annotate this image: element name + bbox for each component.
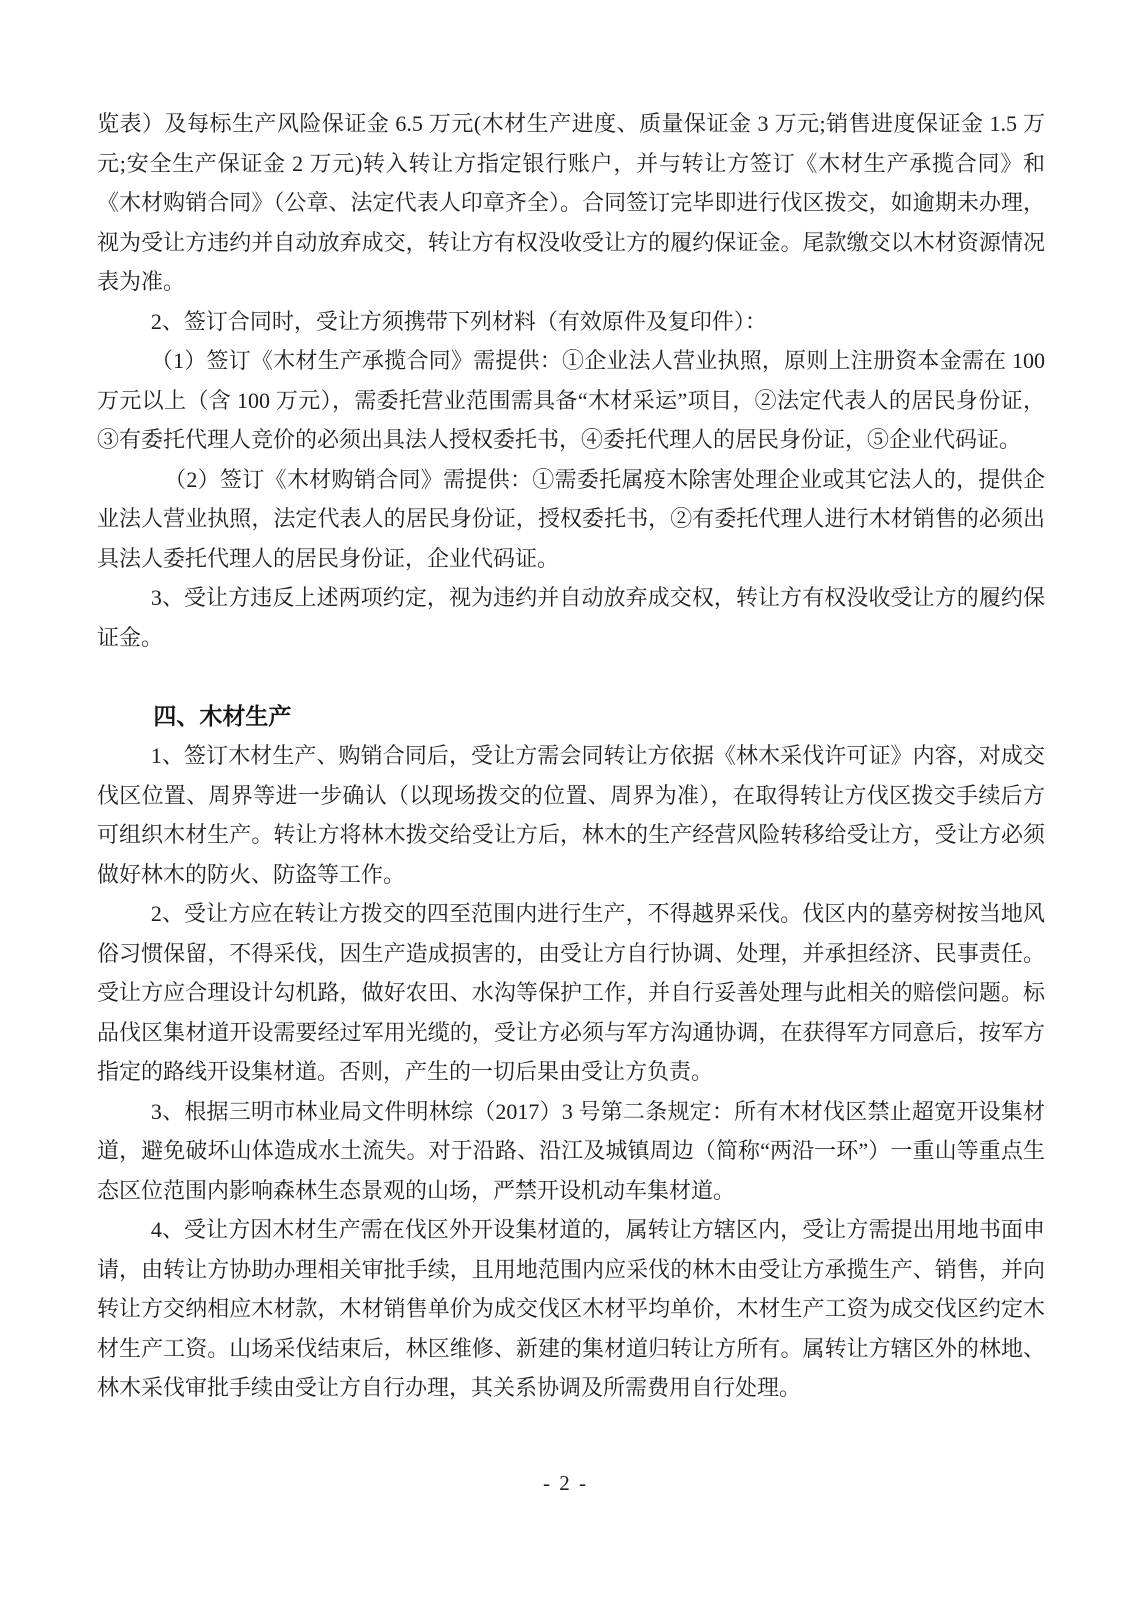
body-paragraph-subitem-2: （2）签订《木材购销合同》需提供：①需委托属疫木除害处理企业或其它法人的，提供企… (97, 460, 1045, 579)
section-paragraph-4: 4、受让方因木材生产需在伐区外开设集材道的，属转让方辖区内，受让方需提出用地书面… (97, 1210, 1045, 1408)
section-paragraph-1: 1、签订木材生产、购销合同后，受让方需会同转让方依据《林木采伐许可证》内容，对成… (97, 736, 1045, 894)
body-paragraph-item-3: 3、受让方违反上述两项约定，视为违约并自动放弃成交权，转让方有权没收受让方的履约… (97, 578, 1045, 657)
body-paragraph-continuation: 览表）及每标生产风险保证金 6.5 万元(木材生产进度、质量保证金 3 万元;销… (97, 104, 1045, 302)
body-paragraph-item-2: 2、签订合同时，受让方须携带下列材料（有效原件及复印件）： (97, 302, 1045, 342)
section-paragraph-2: 2、受让方应在转让方拨交的四至范围内进行生产，不得越界采伐。伐区内的墓旁树按当地… (97, 894, 1045, 1092)
document-body: 览表）及每标生产风险保证金 6.5 万元(木材生产进度、质量保证金 3 万元;销… (97, 104, 1045, 1408)
document-page: 览表）及每标生产风险保证金 6.5 万元(木材生产进度、质量保证金 3 万元;销… (0, 0, 1131, 1600)
section-heading-timber-production: 四、木材生产 (97, 697, 1045, 737)
page-number: - 2 - (0, 1470, 1131, 1496)
body-paragraph-subitem-1: （1）签订《木材生产承揽合同》需提供：①企业法人营业执照，原则上注册资本金需在 … (97, 341, 1045, 460)
section-paragraph-3: 3、根据三明市林业局文件明林综（2017）3 号第二条规定：所有木材伐区禁止超宽… (97, 1092, 1045, 1211)
